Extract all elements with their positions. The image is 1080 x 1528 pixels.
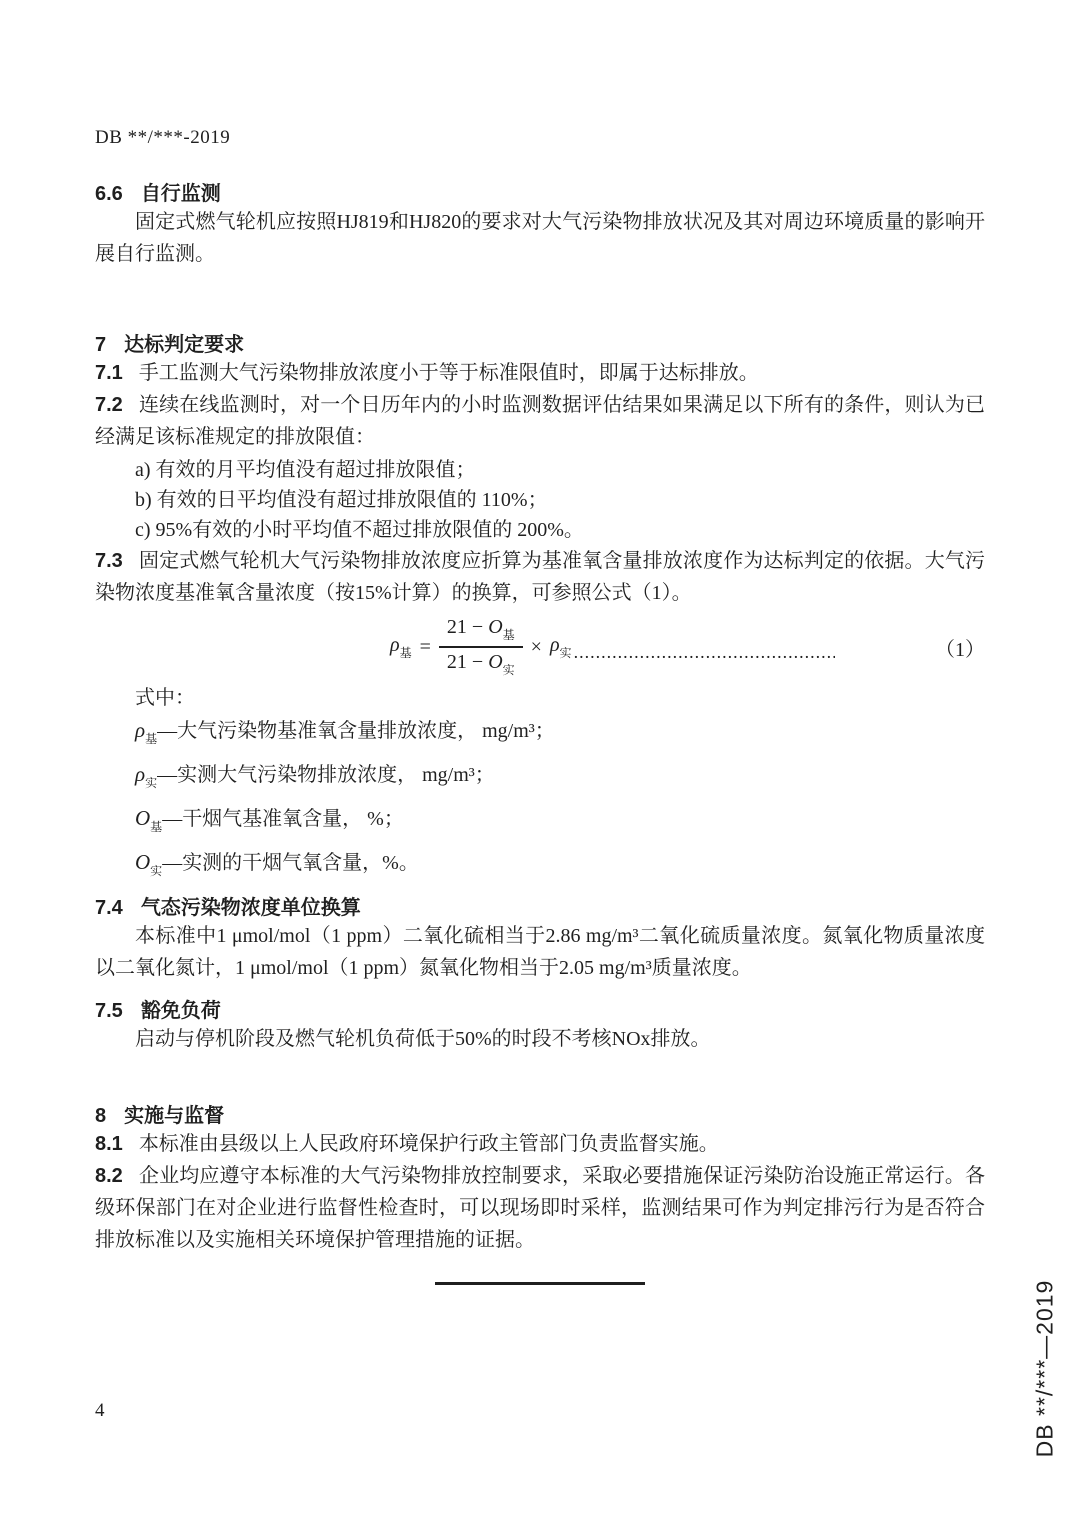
symbol-subscript: 实 [145,776,157,790]
symbol-subscript: 实 [150,864,162,878]
list-item-b: b) 有效的日平均值没有超过排放限值的 110%； [135,485,985,515]
page-number: 4 [95,1400,105,1422]
numerator-constant: 21 − [447,616,488,638]
clause-text-7-3: 固定式燃气轮机大气污染物排放浓度应折算为基准氧含量排放浓度作为达标判定的依据。大… [95,550,985,604]
rho-base-subscript: 基 [400,646,412,660]
definition-oxygen-actual: O实—实测的干烟气氧含量，%。 [135,845,985,889]
heading-7-5: 7.5 豁免负荷 [95,994,985,1023]
clause-number-7-3: 7.3 [95,550,123,572]
symbol: O [135,806,150,830]
clause-text-7-2: 连续在线监测时，对一个日历年内的小时监测数据评估结果如果满足以下所有的条件，则认… [95,394,985,448]
symbol-description: —实测的干烟气氧含量，%。 [162,852,419,874]
definition-oxygen-base: O基—干烟气基准氧含量， %； [135,801,985,845]
paragraph-7-1: 7.1手工监测大气污染物排放浓度小于等于标准限值时，即属于达标排放。 [95,357,985,389]
clause-title-7: 达标判定要求 [124,328,244,357]
document-header: DB **/***-2019 [95,127,985,149]
symbol-subscript: 基 [145,732,157,746]
fraction-numerator: 21 − O基 [439,616,523,648]
definition-rho-base: ρ基—大气污染物基准氧含量排放浓度， mg/m³； [135,713,985,757]
heading-6-6: 6.6 自行监测 [95,177,985,206]
clause-number-8-2: 8.2 [95,1165,123,1187]
side-standard-label: DB **/***—2019 [1032,1264,1059,1474]
paragraph-8-1: 8.1本标准由县级以上人民政府环境保护行政主管部门负责监督实施。 [95,1128,985,1160]
symbol: ρ [135,762,145,786]
rho-base-symbol: ρ [390,634,400,656]
end-of-text-divider [435,1282,645,1285]
symbol-description: —干烟气基准氧含量， %； [162,808,404,830]
clause-title-7-4: 气态污染物浓度单位换算 [141,891,361,920]
rho-actual-symbol: ρ [550,634,560,656]
paragraph-8-2: 8.2企业均应遵守本标准的大气污染物排放控制要求，采取必要措施保证污染防治设施正… [95,1160,985,1256]
definition-rho-actual: ρ实—实测大气污染物排放浓度， mg/m³； [135,757,985,801]
fraction-denominator: 21 − O实 [439,648,523,678]
clause-title-8: 实施与监督 [124,1099,224,1128]
list-item-a: a) 有效的月平均值没有超过排放限值； [135,455,985,485]
clause-number-7: 7 [95,334,106,357]
document-page: DB **/***-2019 6.6 自行监测 固定式燃气轮机应按照HJ819和… [0,0,1080,1528]
clause-number-8: 8 [95,1105,106,1128]
equation-number: （1） [935,633,985,662]
symbol-definitions: 式中： ρ基—大气污染物基准氧含量排放浓度， mg/m³； ρ实—实测大气污染物… [95,683,985,889]
paragraph-7-4: 本标准中1 μmol/mol（1 ppm）二氧化硫相当于2.86 mg/m³二氧… [95,920,985,984]
clause-number-6-6: 6.6 [95,183,123,206]
symbol-description: —实测大气污染物排放浓度， mg/m³； [157,764,495,786]
clause-title-6-6: 自行监测 [141,177,221,206]
heading-7: 7 达标判定要求 [95,328,985,357]
clause-text-7-1: 手工监测大气污染物排放浓度小于等于标准限值时，即属于达标排放。 [139,362,759,384]
clause-number-7-1: 7.1 [95,362,123,384]
symbol-description: —大气污染物基准氧含量排放浓度， mg/m³； [157,720,555,742]
clause-number-7-5: 7.5 [95,1000,123,1023]
clause-title-7-5: 豁免负荷 [141,994,221,1023]
clause-number-7-4: 7.4 [95,897,123,920]
multiplication-sign: × [531,636,542,659]
equation-1: ρ基 = 21 − O基 21 − O实 × ρ实 ..............… [95,615,985,679]
where-label: 式中： [135,683,985,713]
oxygen-base-symbol: O [488,616,502,638]
clause-text-8-2: 企业均应遵守本标准的大气污染物排放控制要求，采取必要措施保证污染防治设施正常运行… [95,1165,985,1251]
oxygen-base-subscript: 基 [503,628,515,642]
equals-sign: = [420,636,431,659]
denominator-constant: 21 − [447,651,488,673]
condition-list: a) 有效的月平均值没有超过排放限值； b) 有效的日平均值没有超过排放限值的 … [95,455,985,545]
list-item-c: c) 95%有效的小时平均值不超过排放限值的 200%。 [135,515,985,545]
paragraph-7-2: 7.2连续在线监测时，对一个日历年内的小时监测数据评估结果如果满足以下所有的条件… [95,389,985,453]
paragraph-7-3: 7.3固定式燃气轮机大气污染物排放浓度应折算为基准氧含量排放浓度作为达标判定的依… [95,545,985,609]
symbol-subscript: 基 [150,820,162,834]
symbol: O [135,850,150,874]
symbol: ρ [135,718,145,742]
oxygen-actual-symbol: O [488,651,502,673]
clause-text-8-1: 本标准由县级以上人民政府环境保护行政主管部门负责监督实施。 [139,1133,719,1155]
clause-number-7-2: 7.2 [95,394,123,416]
rho-actual-subscript: 实 [560,646,572,660]
clause-number-8-1: 8.1 [95,1133,123,1155]
heading-8: 8 实施与监督 [95,1099,985,1128]
dot-leader: ........................................… [574,642,835,663]
paragraph-7-5: 启动与停机阶段及燃气轮机负荷低于50%的时段不考核NOx排放。 [95,1023,985,1055]
oxygen-actual-subscript: 实 [503,663,515,677]
paragraph-6-6: 固定式燃气轮机应按照HJ819和HJ820的要求对大气污染物排放状况及其对周边环… [95,206,985,270]
equation-rhs: ρ实 [550,634,572,661]
equation-lhs: ρ基 [390,634,412,661]
heading-7-4: 7.4 气态污染物浓度单位换算 [95,891,985,920]
fraction: 21 − O基 21 − O实 [439,616,523,678]
